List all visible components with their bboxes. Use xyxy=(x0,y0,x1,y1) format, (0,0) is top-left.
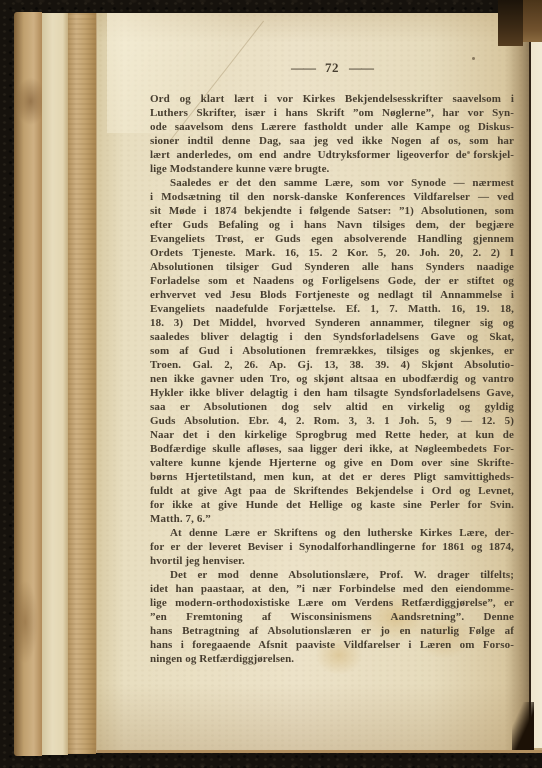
text-line: Det er mod denne Absolutionslære, Prof. … xyxy=(150,568,514,582)
text-line: saa er Absolutionen dog selv altid en vi… xyxy=(150,400,514,414)
text-line: Guds Absolution. Ebr. 4, 2. Rom. 3, 3. 1… xyxy=(150,414,514,428)
text-line: At denne Lære er Skriftens og den luther… xyxy=(150,526,514,540)
text-line: Saaledes er det den samme Lære, som vor … xyxy=(150,176,514,190)
text-line: som af Gud i Absolutionen fremrækkes, ti… xyxy=(150,344,514,358)
text-line: hans i foregaaende Afsnit paaviste Vildf… xyxy=(150,638,514,652)
text-line: valtere kunne kjende Hjerterne og give e… xyxy=(150,456,514,470)
text-line: for er der leveret Beviser i Synodalforh… xyxy=(150,540,514,554)
facing-page-sliver xyxy=(529,42,542,748)
text-line: Matth. 7, 6.” xyxy=(150,512,514,526)
text-line: Ordets Tjeneste. Mark. 16, 15. 2 Kor. 5,… xyxy=(150,246,514,260)
page-header: ——72—— xyxy=(150,60,514,76)
text-line: i Modsætning til den norsk-danske Konfer… xyxy=(150,190,514,204)
text-line: Luthers Skrifter, især i hans Skrift ”om… xyxy=(150,106,514,120)
paragraph: Det er mod denne Absolutionslære, Prof. … xyxy=(150,568,514,666)
page-edge-tan xyxy=(68,13,96,754)
text-line: saaledes bliver delagtig i den Syndsforl… xyxy=(150,330,514,344)
text-line: 18. 3) Det Middel, hvorved Synderen anna… xyxy=(150,316,514,330)
text-line: Evangeliets Trøst, er Guds egen absolver… xyxy=(150,232,514,246)
page-number: 72 xyxy=(325,60,339,75)
header-right-rule: —— xyxy=(349,60,373,75)
page-edge-outer xyxy=(14,12,42,756)
text-line: Bodfærdige skulle afløses, saa ligger de… xyxy=(150,442,514,456)
text-line: idet han paastaar, at den, ”i nær Forbin… xyxy=(150,582,514,596)
text-line: Evangeliets naadefulde Forjættelse. Ef. … xyxy=(150,302,514,316)
text-line: hans Betragtning af Absolutionslæren er … xyxy=(150,624,514,638)
text-line: nen ikke gavner uden Tro, og skjønt alts… xyxy=(150,372,514,386)
book-cover-edge xyxy=(498,0,523,46)
text-line: efter Guds Befaling og i hans Navn tilsi… xyxy=(150,218,514,232)
page-edge-cream xyxy=(42,13,68,755)
text-line: børns Hjertetilstand, men kun, at det er… xyxy=(150,470,514,484)
text-line: Ord og klart lært i vor Kirkes Bekjendel… xyxy=(150,92,514,106)
text-line: sioner indtil denne Dag, saa jeg ved ikk… xyxy=(150,134,514,148)
text-line: Absolutionen tilsiger Gud Synderen alle … xyxy=(150,260,514,274)
text-line: for ikke at give Hunde det Hellige og ka… xyxy=(150,498,514,512)
text-line: Forladelse som et Naadens og Forligelsen… xyxy=(150,274,514,288)
text-line: lært anderledes, om end andre Udtryksfor… xyxy=(150,148,514,162)
text-line: Hykler ikke bliver delagtig i den ham ti… xyxy=(150,386,514,400)
paragraph: Ord og klart lært i vor Kirkes Bekjendel… xyxy=(150,92,514,176)
text-line: erhvervet ved Jesu Blods Fortjeneste og … xyxy=(150,288,514,302)
body-text: Ord og klart lært i vor Kirkes Bekjendel… xyxy=(150,92,514,666)
text-line: fuldt at give Agt paa de Skriftendes Bek… xyxy=(150,484,514,498)
text-line: hvortil jeg henviser. xyxy=(150,554,514,568)
text-line: lige modern-orthodoxistiske Lære om Verd… xyxy=(150,596,514,610)
book-cover-edge-light xyxy=(523,0,542,42)
header-left-rule: —— xyxy=(291,60,315,75)
text-line: lige Modstandere kunne være brugte. xyxy=(150,162,514,176)
paragraph: Saaledes er det den samme Lære, som vor … xyxy=(150,176,514,526)
paragraph: At denne Lære er Skriftens og den luther… xyxy=(150,526,514,568)
text-line: sit Møde i 1874 bekjendte i følgende Sat… xyxy=(150,204,514,218)
text-line: ”en Fremtoning af Wisconsinismens Aandsr… xyxy=(150,610,514,624)
text-line: ode saavelsom dens Lærere fastholdt unde… xyxy=(150,120,514,134)
text-line: ningen og Retfærdiggjørelsen. xyxy=(150,652,514,666)
text-block: ——72—— Ord og klart lært i vor Kirkes Be… xyxy=(150,60,514,666)
gutter-bottom-shadow xyxy=(512,702,534,750)
text-line: Naar det i den kirkelige Sprogbrug med R… xyxy=(150,428,514,442)
text-line: Troen. Gal. 2, 26. Ap. Gj. 13, 38. 39. 4… xyxy=(150,358,514,372)
